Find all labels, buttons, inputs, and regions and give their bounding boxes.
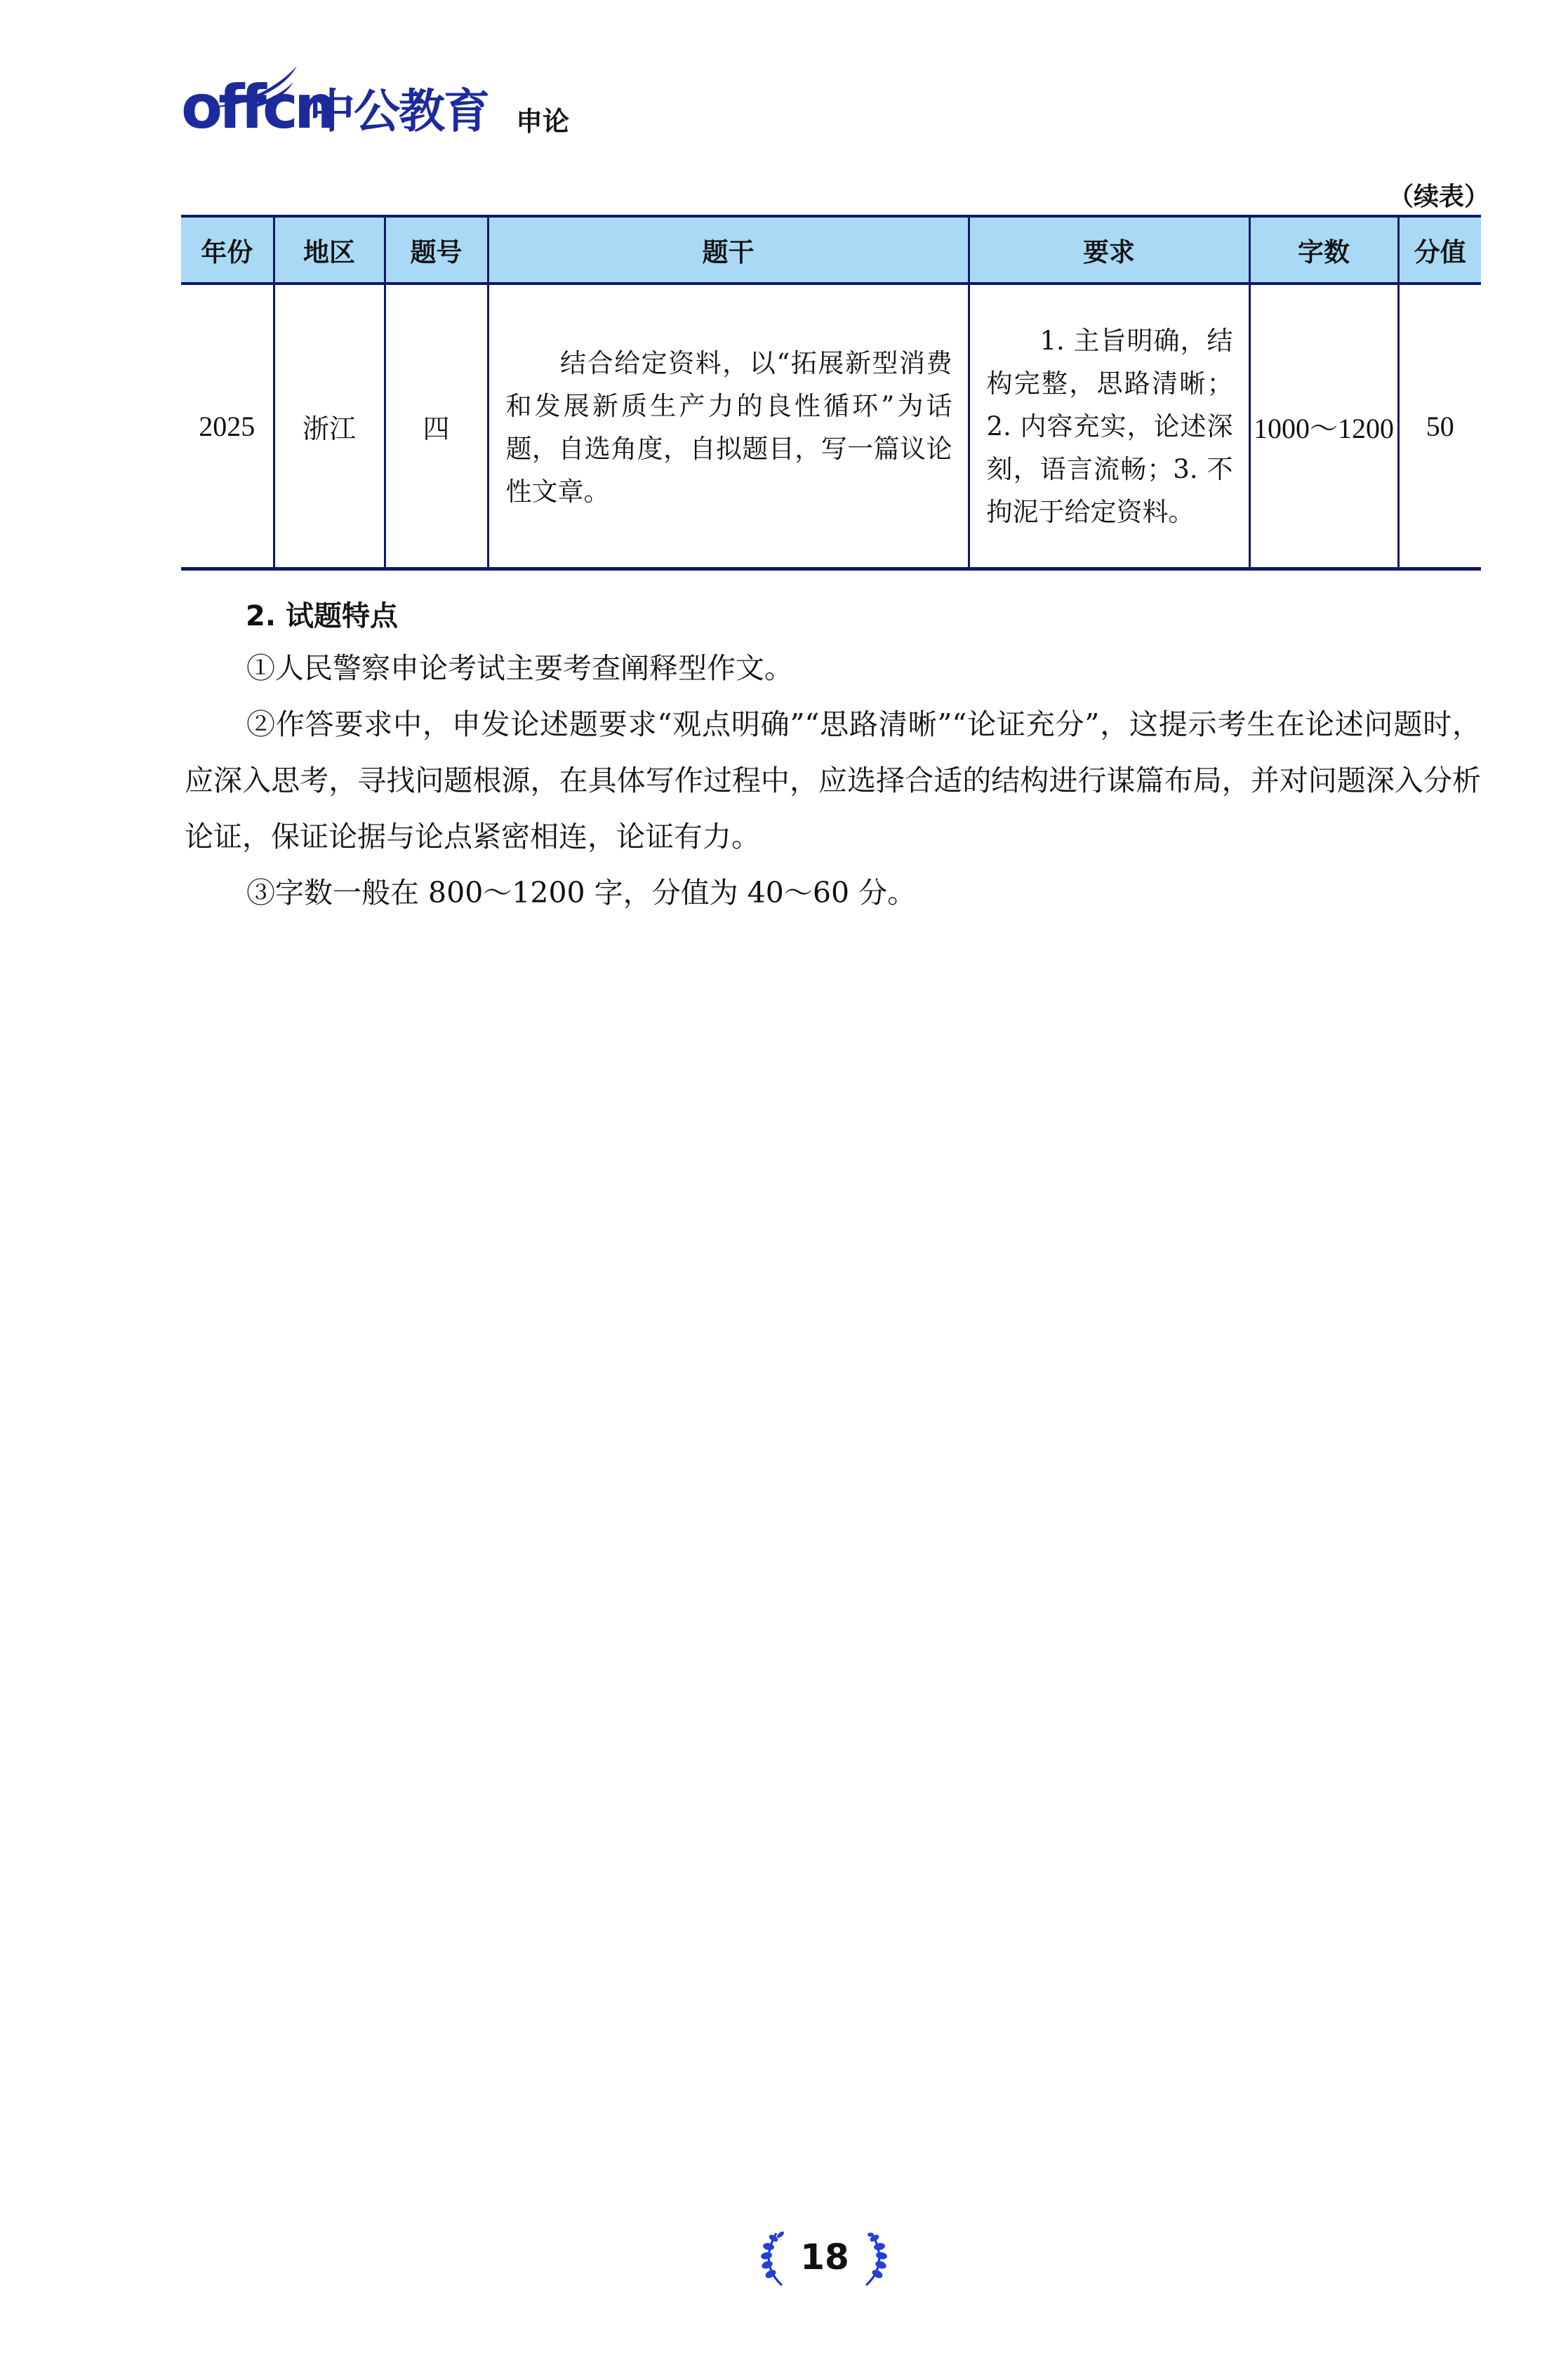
feature-point-1: ①人民警察申论考试主要考查阐释型作文。 [185,640,1481,696]
column-header-requirements: 要求 [969,216,1249,284]
subject-label: 申论 [516,108,569,135]
column-header-number: 题号 [385,216,488,284]
feature-point-2: ②作答要求中，申发论述题要求“观点明确”“思路清晰”“论证充分”，这提示考生在论… [185,696,1481,865]
brand-chinese: 中公教育 [309,88,489,135]
column-header-region: 地区 [274,216,385,284]
requirements-text: 1. 主旨明确，结构完整，思路清晰；2. 内容充实，论述深刻，语言流畅；3. 不… [987,326,1233,527]
continued-table-label: （续表） [1388,177,1489,213]
cell-word-count: 1000～1200 [1249,284,1398,569]
cell-year: 2025 [181,284,274,569]
column-header-score: 分值 [1398,216,1481,284]
page-footer: 18 [758,2230,891,2287]
column-header-stem: 题干 [488,216,969,284]
feature-list: ①人民警察申论考试主要考查阐释型作文。 ②作答要求中，申发论述题要求“观点明确”… [185,640,1481,921]
exam-question-table: 年份 地区 题号 题干 要求 字数 分值 2025 浙江 四 结合给定资料，以“… [181,215,1481,571]
stem-text: 结合给定资料，以“拓展新型消费和发展新质生产力的良性循环”为话题，自选角度，自拟… [506,348,952,507]
feature-point-3: ③字数一般在 800～1200 字，分值为 40～60 分。 [185,865,1481,921]
section-heading: 2. 试题特点 [246,594,398,634]
column-header-word-count: 字数 [1249,216,1398,284]
cell-requirements: 1. 主旨明确，结构完整，思路清晰；2. 内容充实，论述深刻，语言流畅；3. 不… [969,284,1249,569]
cell-stem: 结合给定资料，以“拓展新型消费和发展新质生产力的良性循环”为话题，自选角度，自拟… [488,284,969,569]
table-header-row: 年份 地区 题号 题干 要求 字数 分值 [181,216,1481,284]
laurel-right-icon [859,2230,887,2287]
laurel-left-icon [761,2230,789,2287]
cell-score: 50 [1398,284,1481,569]
table-row: 2025 浙江 四 结合给定资料，以“拓展新型消费和发展新质生产力的良性循环”为… [181,284,1481,569]
column-header-year: 年份 [181,216,274,284]
cell-number: 四 [385,284,488,569]
page-number: 18 [800,2236,849,2278]
cell-region: 浙江 [274,284,385,569]
